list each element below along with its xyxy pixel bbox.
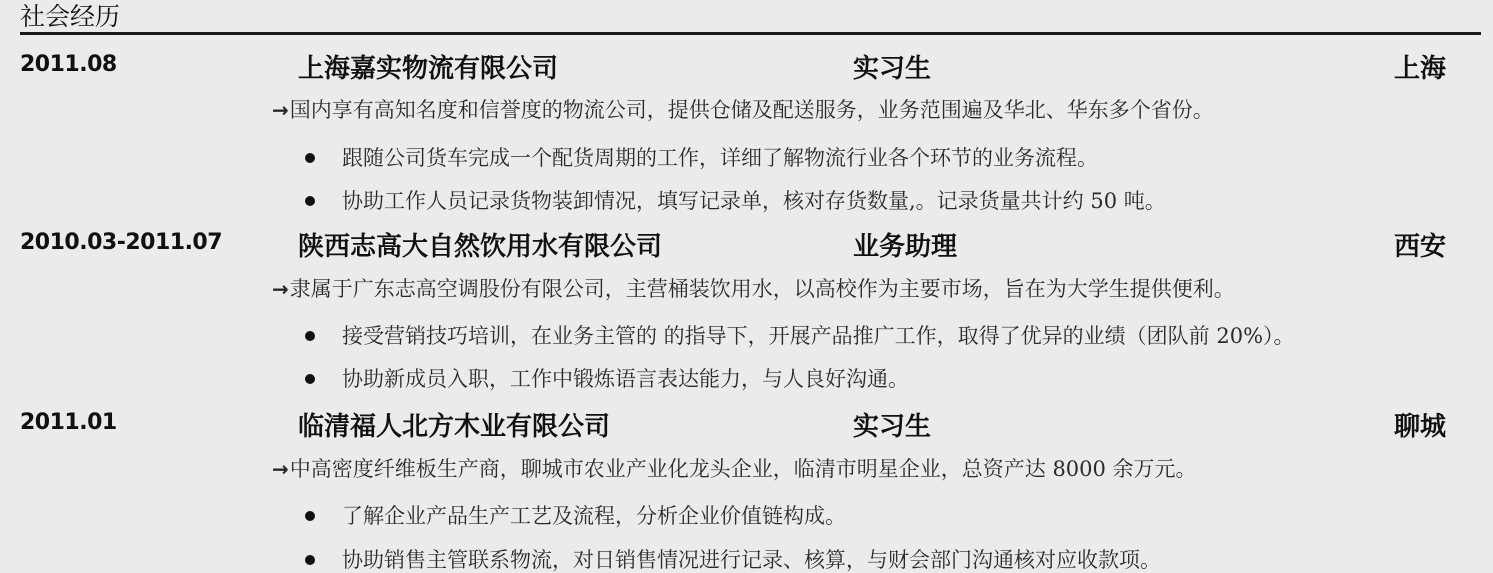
description-text: 国内享有高知名度和信誉度的物流公司，提供仓储及配送服务，业务范围遍及华北、华东多… — [290, 98, 1214, 122]
list-item: 跟随公司货车完成一个配货周期的工作，详细了解物流行业各个环节的业务流程。 — [305, 144, 1098, 172]
bullet-text: 了解企业产品生产工艺及流程，分析企业价值链构成。 — [342, 504, 846, 528]
entry-date: 2010.03-2011.07 — [20, 230, 222, 255]
entry-city: 上海 — [1394, 48, 1446, 85]
list-item: 了解企业产品生产工艺及流程，分析企业价值链构成。 — [305, 502, 846, 530]
bullet-icon — [305, 153, 315, 163]
bullet-icon — [305, 331, 315, 341]
bullet-text: 接受营销技巧培训，在业务主管的 的指导下，开展产品推广工作，取得了优异的业绩（团… — [342, 324, 1295, 348]
section-divider — [20, 32, 1481, 35]
arrow-right-icon: → — [272, 98, 289, 122]
section-title: 社会经历 — [20, 2, 120, 32]
entry-description: →国内享有高知名度和信誉度的物流公司，提供仓储及配送服务，业务范围遍及华北、华东… — [272, 96, 1214, 124]
entry-description: →中高密度纤维板生产商，聊城市农业产业化龙头企业，临清市明星企业，总资产达 80… — [272, 455, 1197, 483]
bullet-text: 协助工作人员记录货物装卸情况，填写记录单，核对存货数量,。记录货量共计约 50 … — [342, 189, 1166, 213]
bullet-text: 协助销售主管联系物流，对日销售情况进行记录、核算，与财会部门沟通核对应收款项。 — [342, 548, 1161, 572]
entry-description: →隶属于广东志高空调股份有限公司，主营桶装饮用水，以高校作为主要市场，旨在为大学… — [272, 275, 1235, 303]
arrow-right-icon: → — [272, 277, 289, 301]
bullet-icon — [305, 374, 315, 384]
entry-company: 上海嘉实物流有限公司 — [298, 48, 558, 85]
bullet-text: 协助新成员入职，工作中锻炼语言表达能力，与人良好沟通。 — [342, 367, 909, 391]
bullet-text: 跟随公司货车完成一个配货周期的工作，详细了解物流行业各个环节的业务流程。 — [342, 146, 1098, 170]
list-item: 协助销售主管联系物流，对日销售情况进行记录、核算，与财会部门沟通核对应收款项。 — [305, 546, 1161, 573]
arrow-right-icon: → — [272, 457, 289, 481]
list-item: 协助新成员入职，工作中锻炼语言表达能力，与人良好沟通。 — [305, 365, 909, 393]
entry-date: 2011.08 — [20, 52, 117, 77]
entry-company: 临清福人北方木业有限公司 — [298, 406, 610, 443]
list-item: 协助工作人员记录货物装卸情况，填写记录单，核对存货数量,。记录货量共计约 50 … — [305, 187, 1166, 215]
entry-city: 聊城 — [1394, 406, 1446, 443]
entry-city: 西安 — [1394, 226, 1446, 263]
entry-role: 实习生 — [853, 48, 931, 85]
description-text: 中高密度纤维板生产商，聊城市农业产业化龙头企业，临清市明星企业，总资产达 800… — [290, 457, 1197, 481]
entry-header: 2010.03-2011.07 陕西志高大自然饮用水有限公司 业务助理 西安 — [0, 226, 1493, 262]
entry-header: 2011.01 临清福人北方木业有限公司 实习生 聊城 — [0, 406, 1493, 442]
list-item: 接受营销技巧培训，在业务主管的 的指导下，开展产品推广工作，取得了优异的业绩（团… — [305, 322, 1295, 350]
bullet-icon — [305, 555, 315, 565]
entry-company: 陕西志高大自然饮用水有限公司 — [298, 226, 662, 263]
description-text: 隶属于广东志高空调股份有限公司，主营桶装饮用水，以高校作为主要市场，旨在为大学生… — [290, 277, 1235, 301]
entry-header: 2011.08 上海嘉实物流有限公司 实习生 上海 — [0, 48, 1493, 84]
entry-role: 业务助理 — [853, 226, 957, 263]
entry-role: 实习生 — [853, 406, 931, 443]
bullet-icon — [305, 511, 315, 521]
bullet-icon — [305, 196, 315, 206]
entry-date: 2011.01 — [20, 410, 117, 435]
